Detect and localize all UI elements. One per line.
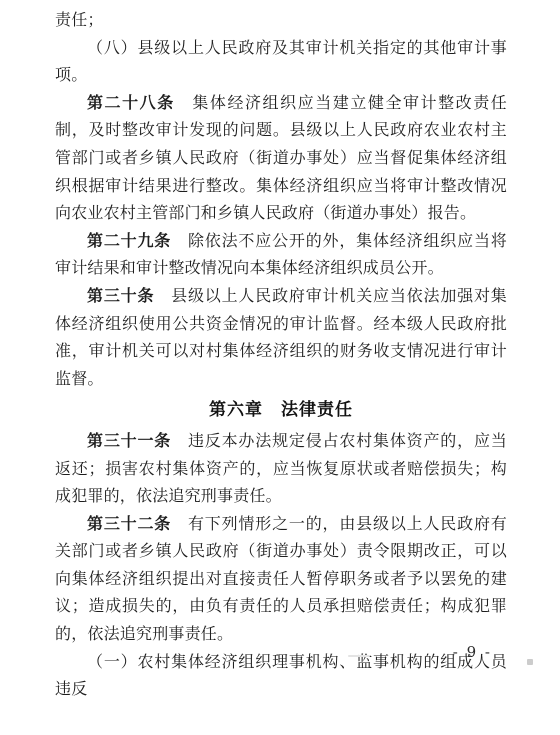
document-page: 责任； （八）县级以上人民政府及其审计机关指定的其他审计事项。 第二十八条 集体… <box>0 0 560 735</box>
article-number: 第三十条 <box>87 286 154 305</box>
paragraph-article-29: 第二十九条 除依法不应公开的外，集体经济组织应当将审计结果和审计整改情况向本集体… <box>55 227 507 282</box>
page-number: - 9 - <box>453 643 492 661</box>
paragraph-item-8: （八）县级以上人民政府及其审计机关指定的其他审计事项。 <box>55 34 507 89</box>
article-number: 第二十九条 <box>87 231 171 250</box>
text-block: 责任； （八）县级以上人民政府及其审计机关指定的其他审计事项。 第二十八条 集体… <box>55 6 507 703</box>
paragraph-article-31: 第三十一条 违反本办法规定侵占农村集体资产的，应当返还；损害农村集体资产的，应当… <box>55 427 507 510</box>
scan-speck <box>527 659 533 665</box>
paragraph-item-1: （一）农村集体经济组织理事机构、监事机构的组成人员违反 <box>55 648 507 703</box>
article-number: 第二十八条 <box>87 93 175 112</box>
article-number: 第三十一条 <box>87 431 171 450</box>
paragraph-text: 集体经济组织应当建立健全审计整改责任制，及时整改审计发现的问题。县级以上人民政府… <box>55 93 507 222</box>
chapter-heading: 第六章 法律责任 <box>55 397 507 425</box>
article-number: 第三十二条 <box>87 514 171 533</box>
paragraph-continuation: 责任； <box>55 6 507 34</box>
paragraph-article-30: 第三十条 县级以上人民政府审计机关应当依法加强对集体经济组织使用公共资金情况的审… <box>55 282 507 392</box>
paragraph-article-28: 第二十八条 集体经济组织应当建立健全审计整改责任制，及时整改审计发现的问题。县级… <box>55 89 507 227</box>
paragraph-text: 有下列情形之一的，由县级以上人民政府有关部门或者乡镇人民政府（街道办事处）责令限… <box>55 514 507 643</box>
paragraph-text: （一）农村集体经济组织理事机构、监事机构的组成人员违反 <box>55 652 507 699</box>
paragraph-text: （八）县级以上人民政府及其审计机关指定的其他审计事项。 <box>55 38 507 85</box>
scan-smudge <box>348 655 370 657</box>
paragraph-article-32: 第三十二条 有下列情形之一的，由县级以上人民政府有关部门或者乡镇人民政府（街道办… <box>55 510 507 648</box>
paragraph-text: 责任； <box>55 10 104 29</box>
